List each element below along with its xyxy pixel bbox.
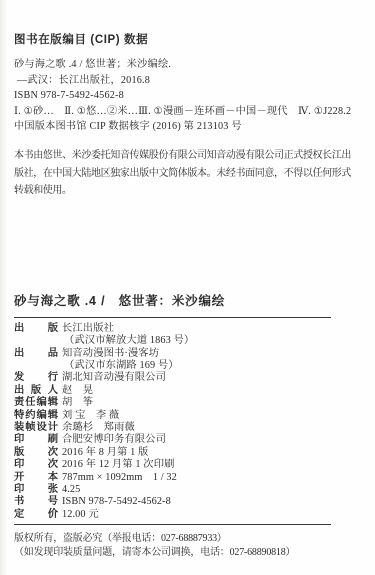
colophon-row: 印刷合肥安博印务有限公司 <box>14 434 349 446</box>
colophon-row-value: 2016 年 12 月第 1 次印刷 <box>62 459 175 471</box>
colophon-row-label: 发行 <box>14 372 58 384</box>
colophon-row: 装帧设计余璐杉 郑雨薇 <box>14 422 349 434</box>
colophon-row-value: ISBN 978-7-5492-4562-8 <box>62 496 171 508</box>
quality-exchange-line: （如发现印装质量问题，请寄本公司调换，电话：027-68890818） <box>14 546 349 560</box>
colophon-row: 发行湖北知音动漫有限公司 <box>14 372 349 384</box>
divider-top <box>14 317 331 318</box>
colophon-row: 特约编辑刘 宝 李 薇 <box>14 410 349 422</box>
colophon-row-label: 责任编辑 <box>14 397 58 409</box>
colophon-row: 开本787mm × 1092mm 1 / 32 <box>14 472 349 484</box>
colophon-row-label: 开本 <box>14 472 58 484</box>
colophon-row-label: 印次 <box>14 459 58 471</box>
colophon-row-label: 版次 <box>14 447 58 459</box>
colophon-row: 责任编辑胡 筝 <box>14 397 349 409</box>
piracy-warning-line: 版权所有，盗版必究（举报电话：027-68887933） <box>14 532 349 546</box>
colophon-note-row: （武汉市解放大道 1863 号） <box>14 335 349 347</box>
cip-header: 图书在版编目 (CIP) 数据 <box>14 33 349 47</box>
colophon-row-label: 定价 <box>14 509 58 521</box>
colophon-row-label: 出版 <box>14 323 58 335</box>
colophon-row-value: 12.00 元 <box>62 509 99 521</box>
colophon-row: 出版人赵 晃 <box>14 385 349 397</box>
colophon-row-label: 出品 <box>14 348 58 360</box>
colophon-row-value: 知音动漫图书·漫客坊 <box>62 348 159 360</box>
colophon-row: 定价12.00 元 <box>14 509 349 521</box>
copyright-footer: 版权所有，盗版必究（举报电话：027-68887933） （如发现印装质量问题，… <box>14 532 349 559</box>
colophon-row-value: 余璐杉 郑雨薇 <box>62 422 135 434</box>
colophon-row-value: 787mm × 1092mm 1 / 32 <box>62 472 177 484</box>
cip-classification-line: Ⅰ. ①砂… Ⅱ. ①悠…②米…Ⅲ. ①漫画－连环画－中国－现代 Ⅳ. ①J22… <box>14 104 349 120</box>
cip-isbn-line: ISBN 978-7-5492-4562-8 <box>14 88 349 104</box>
divider-bottom <box>14 524 331 525</box>
colophon-row-value: 湖北知音动漫有限公司 <box>62 372 166 384</box>
colophon-address-note: （武汉市解放大道 1863 号） <box>64 335 194 347</box>
cip-title-line: 砂与海之歌 .4 / 悠世著；米沙编绘. <box>14 57 349 73</box>
colophon-row-label-spacer <box>14 360 58 372</box>
colophon-row: 出版长江出版社 <box>14 323 349 335</box>
colophon-note-row: （武汉市东湖路 169 号） <box>14 360 349 372</box>
colophon-row-label: 印刷 <box>14 434 58 446</box>
colophon-row-value: 刘 宝 李 薇 <box>62 410 119 422</box>
colophon-row-label: 书号 <box>14 496 58 508</box>
colophon-row-label: 印张 <box>14 484 58 496</box>
colophon-row-label: 装帧设计 <box>14 422 58 434</box>
colophon-row: 出品知音动漫图书·漫客坊 <box>14 348 349 360</box>
colophon-row-value: 胡 筝 <box>62 397 93 409</box>
colophon-row-value: 2016 年 8 月第 1 版 <box>62 447 148 459</box>
colophon-row-label: 出版人 <box>14 385 58 397</box>
book-copyright-page: 图书在版编目 (CIP) 数据 砂与海之歌 .4 / 悠世著；米沙编绘. —武汉… <box>0 0 375 575</box>
cip-block: 图书在版编目 (CIP) 数据 砂与海之歌 .4 / 悠世著；米沙编绘. —武汉… <box>14 33 349 135</box>
colophon-table: 出版长江出版社（武汉市解放大道 1863 号）出品知音动漫图书·漫客坊（武汉市东… <box>14 323 349 522</box>
cip-publisher-line: —武汉：长江出版社，2016.8 <box>14 73 349 89</box>
colophon-address-note: （武汉市东湖路 169 号） <box>64 360 179 372</box>
license-notice: 本书由悠世、米沙委托知音传媒股份有限公司知音动漫有限公司正式授权长江出版社，在中… <box>14 147 351 200</box>
colophon-row: 书号ISBN 978-7-5492-4562-8 <box>14 496 349 508</box>
colophon-row-value: 赵 晃 <box>62 385 93 397</box>
colophon-row-value: 合肥安博印务有限公司 <box>62 434 166 446</box>
colophon-row: 版次2016 年 8 月第 1 版 <box>14 447 349 459</box>
colophon-row-label-spacer <box>14 335 58 347</box>
colophon-row: 印次2016 年 12 月第 1 次印刷 <box>14 459 349 471</box>
colophon-row-value: 长江出版社 <box>62 323 114 335</box>
cip-record-number-line: 中国版本图书馆 CIP 数据核字 (2016) 第 213103 号 <box>14 119 349 135</box>
colophon-row: 印张4.25 <box>14 484 349 496</box>
colophon-row-value: 4.25 <box>62 484 80 496</box>
book-title: 砂与海之歌 .4 / 悠世著：米沙编绘 <box>14 294 349 309</box>
colophon-row-label: 特约编辑 <box>14 410 58 422</box>
